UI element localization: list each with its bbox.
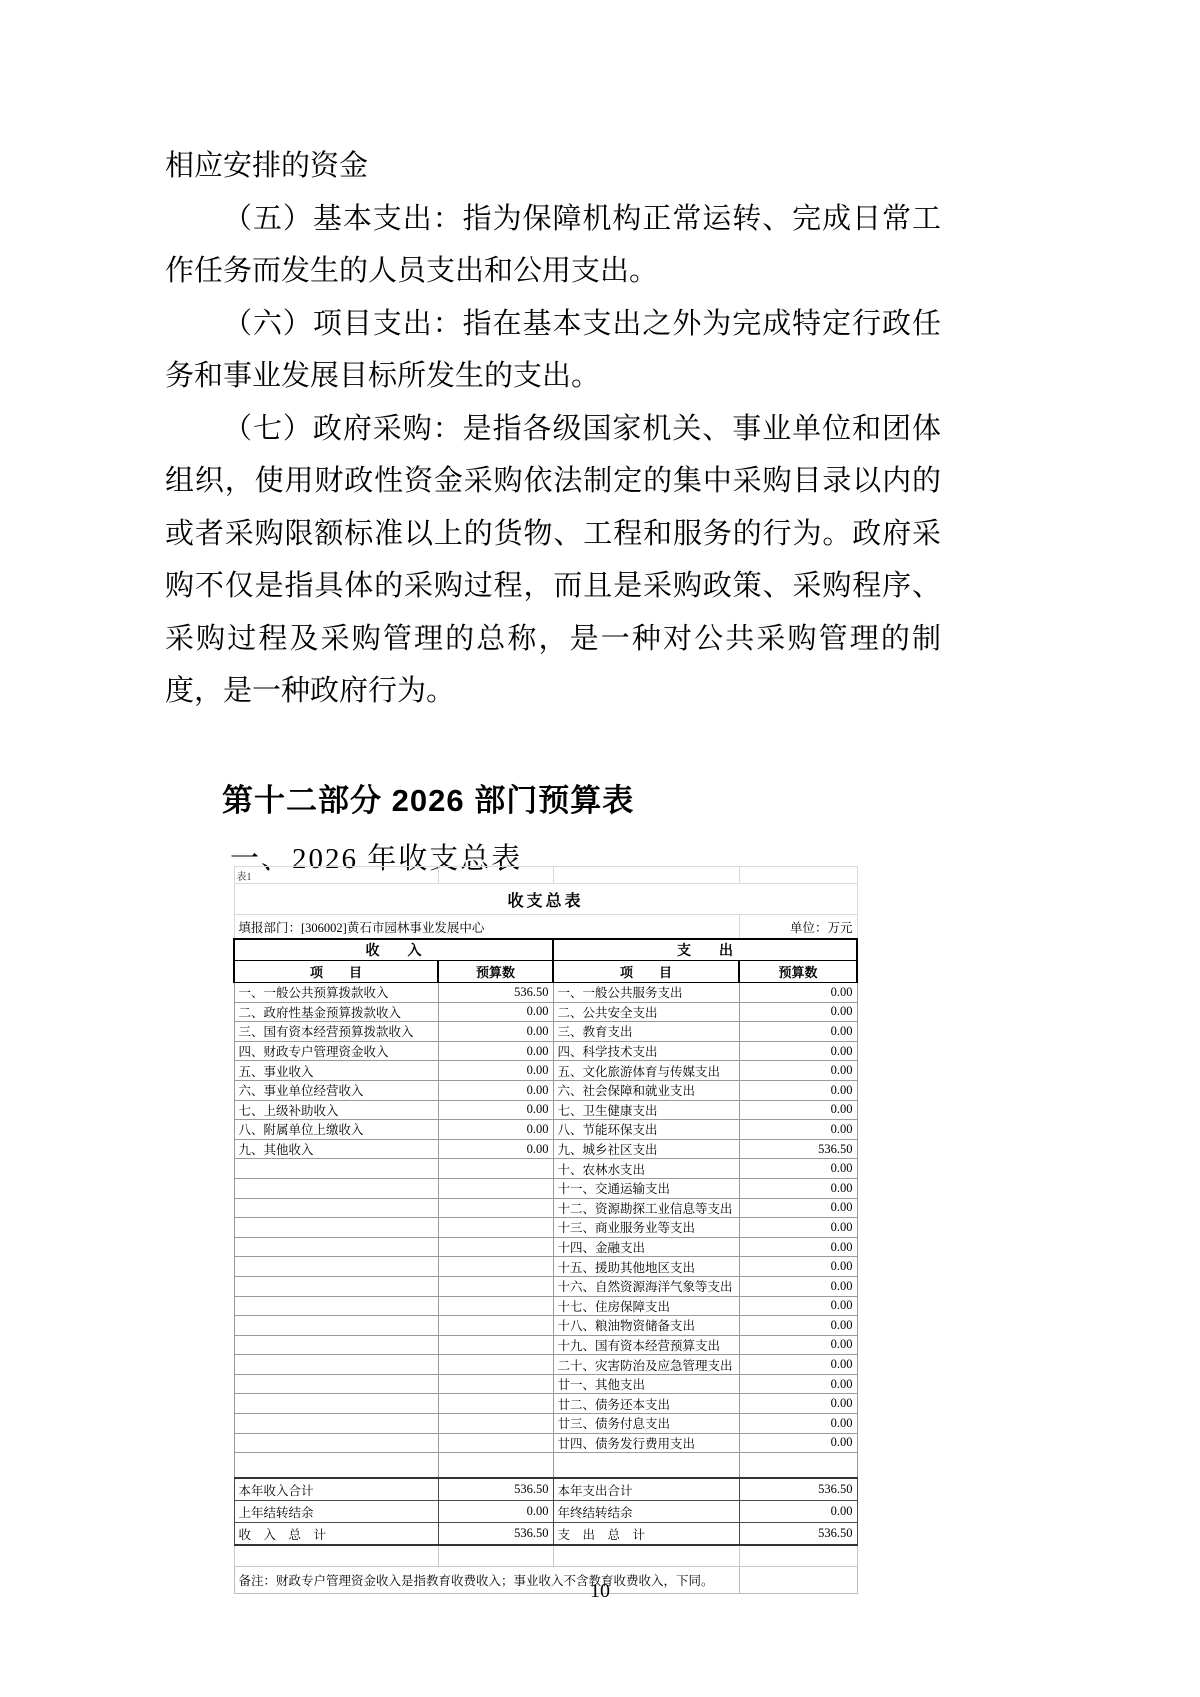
item-cell: 十、农林水支出 xyxy=(553,1159,739,1179)
budget-value-cell xyxy=(438,1159,553,1179)
page-number: 10 xyxy=(0,1580,1200,1603)
table-row: 六、事业单位经营收入0.00六、社会保障和就业支出0.00 xyxy=(234,1080,857,1100)
document-page: 相应安排的资金 （五）基本支出：指为保障机构正常运转、完成日常工作任务而发生的人… xyxy=(0,0,1200,1697)
table-row: 十七、住房保障支出0.00 xyxy=(234,1296,857,1316)
budget-value-cell: 0.00 xyxy=(739,1002,857,1022)
budget-value-cell: 0.00 xyxy=(438,1501,553,1523)
item-cell: 廿一、其他支出 xyxy=(553,1374,739,1394)
dept-label: 填报部门：[306002]黄石市园林事业发展中心 xyxy=(234,915,739,940)
empty-cell xyxy=(553,867,739,884)
table-title-row: 收支总表 xyxy=(234,884,857,915)
table-header: 表1 收支总表 填报部门：[306002]黄石市园林事业发展中心 单位：万元 收… xyxy=(234,867,857,983)
budget-value-cell xyxy=(438,1237,553,1257)
table-body: 一、一般公共预算拨款收入536.50一、一般公共服务支出0.00二、政府性基金预… xyxy=(234,983,857,1453)
table-row: 廿一、其他支出0.00 xyxy=(234,1374,857,1394)
item-cell xyxy=(234,1237,438,1257)
item-cell: 三、国有资本经营预算拨款收入 xyxy=(234,1022,438,1042)
table-row: 十九、国有资本经营预算支出0.00 xyxy=(234,1335,857,1355)
budget-value-cell xyxy=(438,1257,553,1277)
item-cell: 十二、资源勘探工业信息等支出 xyxy=(553,1198,739,1218)
budget-value-cell: 0.00 xyxy=(739,1355,857,1375)
table-row: 廿二、债务还本支出0.00 xyxy=(234,1394,857,1414)
empty-cell xyxy=(234,1453,438,1479)
empty-cell xyxy=(553,1545,739,1567)
item-cell: 廿三、债务付息支出 xyxy=(553,1414,739,1434)
budget-value-cell: 0.00 xyxy=(438,1080,553,1100)
item-cell: 十九、国有资本经营预算支出 xyxy=(553,1335,739,1355)
paragraph-item-5: （五）基本支出：指为保障机构正常运转、完成日常工作任务而发生的人员支出和公用支出… xyxy=(165,193,941,298)
budget-value-cell: 536.50 xyxy=(739,1523,857,1546)
budget-value-cell: 0.00 xyxy=(739,1394,857,1414)
table-row: 九、其他收入0.00九、城乡社区支出536.50 xyxy=(234,1139,857,1159)
item-cell: 十八、粮油物资储备支出 xyxy=(553,1316,739,1336)
item-cell xyxy=(234,1394,438,1414)
budget-value-cell: 0.00 xyxy=(438,1002,553,1022)
item-cell: 年终结转结余 xyxy=(553,1501,739,1523)
item-cell: 二、公共安全支出 xyxy=(553,1002,739,1022)
table-row: 二、政府性基金预算拨款收入0.00二、公共安全支出0.00 xyxy=(234,1002,857,1022)
item-cell: 六、社会保障和就业支出 xyxy=(553,1080,739,1100)
budget-value-cell xyxy=(438,1433,553,1453)
totals-section: 本年收入合计536.50本年支出合计536.50上年结转结余0.00年终结转结余… xyxy=(234,1478,857,1545)
table-row: 本年收入合计536.50本年支出合计536.50 xyxy=(234,1478,857,1501)
table-row: 十五、援助其他地区支出0.00 xyxy=(234,1257,857,1277)
budget-value-cell: 536.50 xyxy=(438,1478,553,1501)
budget-value-cell xyxy=(438,1374,553,1394)
item-cell: 上年结转结余 xyxy=(234,1501,438,1523)
budget-value-cell: 0.00 xyxy=(438,1139,553,1159)
table-row: 一、一般公共预算拨款收入536.50一、一般公共服务支出0.00 xyxy=(234,983,857,1003)
item-cell xyxy=(234,1355,438,1375)
gap-row xyxy=(234,1545,857,1567)
budget-value-cell: 0.00 xyxy=(739,1178,857,1198)
item-cell: 五、文化旅游体育与传媒支出 xyxy=(553,1061,739,1081)
budget-value-cell: 0.00 xyxy=(739,1022,857,1042)
budget-summary-table: 表1 收支总表 填报部门：[306002]黄石市园林事业发展中心 单位：万元 收… xyxy=(233,866,858,1594)
unit-label: 单位：万元 xyxy=(739,915,857,940)
item-cell: 十三、商业服务业等支出 xyxy=(553,1218,739,1238)
expense-section-header: 支 出 xyxy=(553,939,857,961)
item-cell xyxy=(234,1218,438,1238)
budget-value-cell: 0.00 xyxy=(438,1100,553,1120)
table-row: 上年结转结余0.00年终结转结余0.00 xyxy=(234,1501,857,1523)
empty-cell xyxy=(739,867,857,884)
budget-value-cell: 0.00 xyxy=(739,1433,857,1453)
item-cell xyxy=(234,1374,438,1394)
section-heading: 第十二部分 2026 部门预算表 xyxy=(222,775,634,820)
budget-value-cell: 536.50 xyxy=(438,983,553,1003)
item-cell: 本年支出合计 xyxy=(553,1478,739,1501)
budget-value-cell: 0.00 xyxy=(739,983,857,1003)
spacer-row xyxy=(234,1453,857,1479)
item-cell xyxy=(234,1414,438,1434)
empty-cell xyxy=(438,867,553,884)
budget-value-cell xyxy=(438,1198,553,1218)
table-row: 五、事业收入0.00五、文化旅游体育与传媒支出0.00 xyxy=(234,1061,857,1081)
expense-budget-header: 预算数 xyxy=(739,961,857,983)
item-cell: 一、一般公共预算拨款收入 xyxy=(234,983,438,1003)
paragraph-continuation: 相应安排的资金 xyxy=(165,140,941,193)
table-row: 八、附属单位上缴收入0.00八、节能环保支出0.00 xyxy=(234,1120,857,1140)
budget-value-cell: 0.00 xyxy=(739,1218,857,1238)
budget-value-cell: 0.00 xyxy=(438,1022,553,1042)
budget-value-cell xyxy=(438,1296,553,1316)
empty-cell xyxy=(438,1545,553,1567)
item-cell: 四、科学技术支出 xyxy=(553,1041,739,1061)
table-row: 十六、自然资源海洋气象等支出0.00 xyxy=(234,1276,857,1296)
item-cell xyxy=(234,1257,438,1277)
table-row: 四、财政专户管理资金收入0.00四、科学技术支出0.00 xyxy=(234,1041,857,1061)
budget-value-cell: 0.00 xyxy=(739,1374,857,1394)
budget-value-cell: 536.50 xyxy=(739,1478,857,1501)
budget-value-cell: 0.00 xyxy=(739,1276,857,1296)
column-header-row: 项 目 预算数 项 目 预算数 xyxy=(234,961,857,983)
empty-cell xyxy=(234,1545,438,1567)
item-cell: 廿四、债务发行费用支出 xyxy=(553,1433,739,1453)
table-tag-row: 表1 xyxy=(234,867,857,884)
budget-value-cell: 0.00 xyxy=(438,1061,553,1081)
item-cell: 收 入 总 计 xyxy=(234,1523,438,1546)
item-cell: 支 出 总 计 xyxy=(553,1523,739,1546)
table-row: 收 入 总 计536.50支 出 总 计536.50 xyxy=(234,1523,857,1546)
table-row: 十二、资源勘探工业信息等支出0.00 xyxy=(234,1198,857,1218)
income-section-header: 收 入 xyxy=(234,939,553,961)
section-header-row: 收 入 支 出 xyxy=(234,939,857,961)
budget-value-cell xyxy=(438,1276,553,1296)
table-row: 廿三、债务付息支出0.00 xyxy=(234,1414,857,1434)
body-text: 相应安排的资金 （五）基本支出：指为保障机构正常运转、完成日常工作任务而发生的人… xyxy=(165,140,941,718)
item-cell: 九、城乡社区支出 xyxy=(553,1139,739,1159)
budget-value-cell: 0.00 xyxy=(739,1159,857,1179)
empty-cell xyxy=(739,1453,857,1479)
budget-value-cell: 0.00 xyxy=(739,1335,857,1355)
budget-value-cell: 0.00 xyxy=(739,1041,857,1061)
paragraph-item-7: （七）政府采购：是指各级国家机关、事业单位和团体组织，使用财政性资金采购依法制定… xyxy=(165,403,941,718)
item-cell: 十五、援助其他地区支出 xyxy=(553,1257,739,1277)
item-cell xyxy=(234,1276,438,1296)
table-row: 七、上级补助收入0.00七、卫生健康支出0.00 xyxy=(234,1100,857,1120)
table-row: 廿四、债务发行费用支出0.00 xyxy=(234,1433,857,1453)
item-cell xyxy=(234,1178,438,1198)
item-cell: 十四、金融支出 xyxy=(553,1237,739,1257)
budget-value-cell: 0.00 xyxy=(739,1080,857,1100)
empty-cell xyxy=(739,1545,857,1567)
item-cell: 四、财政专户管理资金收入 xyxy=(234,1041,438,1061)
budget-value-cell xyxy=(438,1178,553,1198)
empty-cell xyxy=(553,1453,739,1479)
empty-cell xyxy=(438,1453,553,1479)
item-cell: 十七、住房保障支出 xyxy=(553,1296,739,1316)
budget-value-cell: 0.00 xyxy=(438,1120,553,1140)
item-cell xyxy=(234,1198,438,1218)
budget-value-cell: 0.00 xyxy=(739,1296,857,1316)
item-cell: 十一、交通运输支出 xyxy=(553,1178,739,1198)
budget-value-cell xyxy=(438,1218,553,1238)
table-row: 十四、金融支出0.00 xyxy=(234,1237,857,1257)
budget-value-cell: 0.00 xyxy=(739,1237,857,1257)
budget-value-cell: 0.00 xyxy=(438,1041,553,1061)
item-cell xyxy=(234,1335,438,1355)
budget-value-cell: 0.00 xyxy=(739,1061,857,1081)
item-cell: 五、事业收入 xyxy=(234,1061,438,1081)
item-cell xyxy=(234,1159,438,1179)
budget-value-cell: 0.00 xyxy=(739,1501,857,1523)
budget-value-cell: 0.00 xyxy=(739,1100,857,1120)
item-cell xyxy=(234,1433,438,1453)
spacer-section xyxy=(234,1453,857,1479)
budget-value-cell xyxy=(438,1316,553,1336)
budget-value-cell: 0.00 xyxy=(739,1414,857,1434)
table-row: 十一、交通运输支出0.00 xyxy=(234,1178,857,1198)
item-cell: 一、一般公共服务支出 xyxy=(553,983,739,1003)
income-item-header: 项 目 xyxy=(234,961,438,983)
budget-value-cell: 0.00 xyxy=(739,1120,857,1140)
table-title: 收支总表 xyxy=(234,884,857,915)
item-cell: 廿二、债务还本支出 xyxy=(553,1394,739,1414)
item-cell: 八、附属单位上缴收入 xyxy=(234,1120,438,1140)
item-cell xyxy=(234,1316,438,1336)
item-cell: 三、教育支出 xyxy=(553,1022,739,1042)
item-cell: 二十、灾害防治及应急管理支出 xyxy=(553,1355,739,1375)
item-cell: 九、其他收入 xyxy=(234,1139,438,1159)
item-cell: 本年收入合计 xyxy=(234,1478,438,1501)
budget-value-cell xyxy=(438,1394,553,1414)
table-row: 三、国有资本经营预算拨款收入0.00三、教育支出0.00 xyxy=(234,1022,857,1042)
item-cell: 八、节能环保支出 xyxy=(553,1120,739,1140)
budget-value-cell: 0.00 xyxy=(739,1257,857,1277)
table-row: 十三、商业服务业等支出0.00 xyxy=(234,1218,857,1238)
budget-value-cell xyxy=(438,1355,553,1375)
budget-value-cell: 0.00 xyxy=(739,1316,857,1336)
income-budget-header: 预算数 xyxy=(438,961,553,983)
paragraph-item-6: （六）项目支出：指在基本支出之外为完成特定行政任务和事业发展目标所发生的支出。 xyxy=(165,298,941,403)
budget-value-cell: 536.50 xyxy=(438,1523,553,1546)
budget-value-cell xyxy=(438,1414,553,1434)
item-cell: 六、事业单位经营收入 xyxy=(234,1080,438,1100)
item-cell xyxy=(234,1296,438,1316)
budget-value-cell: 536.50 xyxy=(739,1139,857,1159)
item-cell: 十六、自然资源海洋气象等支出 xyxy=(553,1276,739,1296)
item-cell: 二、政府性基金预算拨款收入 xyxy=(234,1002,438,1022)
budget-value-cell: 0.00 xyxy=(739,1198,857,1218)
table-row: 十、农林水支出0.00 xyxy=(234,1159,857,1179)
table-tag: 表1 xyxy=(234,867,438,884)
item-cell: 七、卫生健康支出 xyxy=(553,1100,739,1120)
table-row: 十八、粮油物资储备支出0.00 xyxy=(234,1316,857,1336)
expense-item-header: 项 目 xyxy=(553,961,739,983)
budget-value-cell xyxy=(438,1335,553,1355)
dept-row: 填报部门：[306002]黄石市园林事业发展中心 单位：万元 xyxy=(234,915,857,940)
table-row: 二十、灾害防治及应急管理支出0.00 xyxy=(234,1355,857,1375)
item-cell: 七、上级补助收入 xyxy=(234,1100,438,1120)
